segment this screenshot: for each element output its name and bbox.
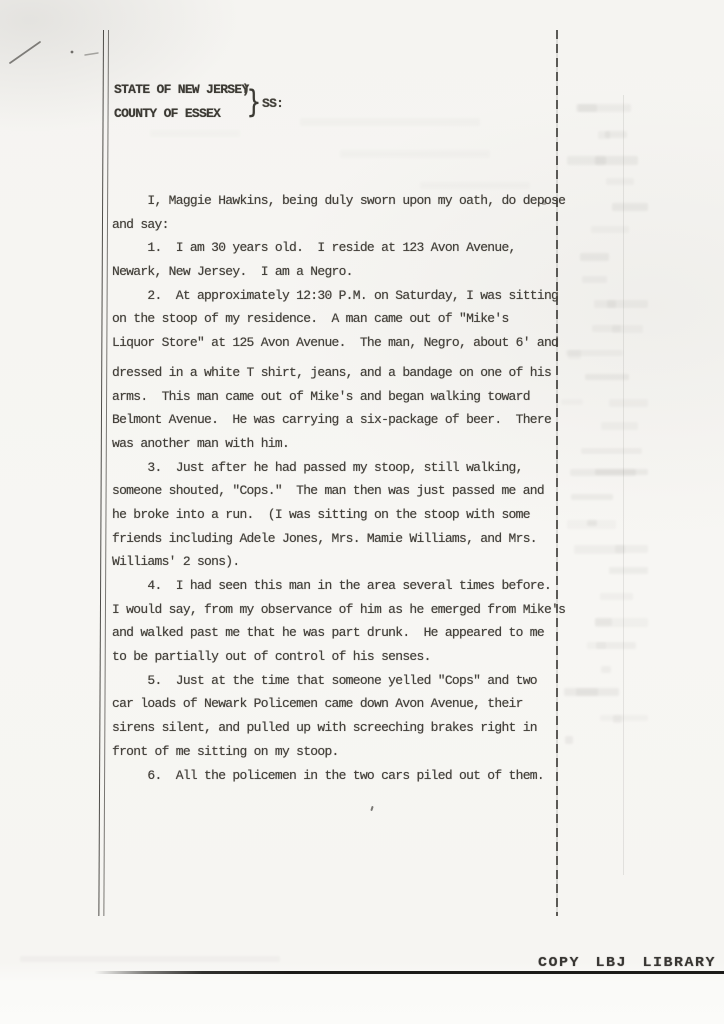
text-line: 2. At approximately 12:30 P.M. on Saturd… <box>112 284 592 308</box>
bleed-through-smudge <box>580 253 609 261</box>
bleed-through-smudge <box>612 203 648 211</box>
header-state-line: STATE OF NEW JERSEY <box>114 82 249 97</box>
text-line: I would say, from my observance of him a… <box>112 598 592 622</box>
bleed-through-smudge <box>600 715 648 721</box>
text-line: 4. I had seen this man in the area sever… <box>112 574 592 598</box>
scan-smudge <box>20 956 280 962</box>
text-line: 6. All the policemen in the two cars pil… <box>112 764 592 788</box>
text-line: Belmont Avenue. He was carrying a six-pa… <box>112 408 592 432</box>
scanned-document-page: STATE OF NEW JERSEY COUNTY OF ESSEX ) } … <box>0 0 724 1024</box>
bleed-through-smudge <box>582 276 607 283</box>
affidavit-body: I, Maggie Hawkins, being duly sworn upon… <box>112 189 592 787</box>
bleed-through-smudge <box>601 422 638 430</box>
text-line: 5. Just at the time that someone yelled … <box>112 669 592 693</box>
bleed-through-smudge <box>600 593 633 600</box>
bleed-through-smudge <box>581 448 643 454</box>
ink-speck <box>542 200 546 205</box>
text-line: and say: <box>112 213 592 237</box>
bleed-through-smudge <box>609 567 648 574</box>
bleed-through-smudge <box>595 156 638 165</box>
bleed-through-smudge <box>596 642 635 650</box>
bottom-edge-rule <box>0 971 724 974</box>
faint-edge-line <box>623 95 624 875</box>
bleed-through-smudge <box>564 688 618 696</box>
text-line: 1. I am 30 years old. I reside at 123 Av… <box>112 236 592 260</box>
text-line: 3. Just after he had passed my stoop, st… <box>112 456 592 480</box>
scan-smudge <box>340 150 490 158</box>
text-line: dressed in a white T shirt, jeans, and a… <box>112 361 592 385</box>
bleed-through-smudge <box>570 469 636 477</box>
bleed-through-smudge <box>595 618 611 625</box>
bleed-through-smudge <box>601 666 611 673</box>
bleed-through-smudge <box>571 494 613 500</box>
bleed-through-smudge <box>598 131 609 139</box>
bleed-through-smudge <box>591 226 630 233</box>
text-line: friends including Adele Jones, Mrs. Mami… <box>112 527 592 551</box>
text-line: to be partially out of control of his se… <box>112 645 592 669</box>
text-line: he broke into a run. (I was sitting on t… <box>112 503 592 527</box>
bleed-through-smudge <box>609 399 648 407</box>
text-line: Newark, New Jersey. I am a Negro. <box>112 260 592 284</box>
text-line: front of me sitting on my stoop. <box>112 740 592 764</box>
text-line: I, Maggie Hawkins, being duly sworn upon… <box>112 189 592 213</box>
text-line: on the stoop of my residence. A man came… <box>112 307 592 331</box>
bleed-through-smudge <box>606 178 634 184</box>
text-line: Williams' 2 sons). <box>112 550 592 574</box>
bleed-through-smudge <box>585 374 629 380</box>
text-line: someone shouted, "Cops." The man then wa… <box>112 479 592 503</box>
header-ss-label: SS: <box>262 96 283 111</box>
text-line: Liquor Store" at 125 Avon Avenue. The ma… <box>112 331 592 355</box>
bleed-through-smudge <box>574 545 626 554</box>
pencil-mark <box>0 0 130 90</box>
bleed-through-smudge <box>578 104 631 112</box>
text-line: car loads of Newark Policemen came down … <box>112 692 592 716</box>
ink-speck <box>370 806 373 811</box>
text-line: was another man with him. <box>112 432 592 456</box>
bleed-through-smudge <box>607 300 648 308</box>
bleed-through-smudge <box>561 399 584 405</box>
scan-smudge <box>150 130 240 137</box>
header-county-line: COUNTY OF ESSEX <box>114 106 220 121</box>
text-line: sirens silent, and pulled up with screec… <box>112 716 592 740</box>
bleed-through-smudge <box>565 736 574 744</box>
left-binding-line <box>98 30 109 916</box>
scan-smudge <box>420 182 530 189</box>
bleed-through-smudge <box>592 325 621 332</box>
text-line: arms. This man came out of Mike's and be… <box>112 385 592 409</box>
copy-lbj-library-stamp: COPY LBJ LIBRARY <box>538 954 716 970</box>
text-line: and walked past me that he was part drun… <box>112 621 592 645</box>
header-brace: } <box>246 84 261 120</box>
scan-smudge <box>300 118 480 126</box>
bleed-through-smudge <box>567 520 616 529</box>
bleed-through-smudge <box>568 350 581 359</box>
